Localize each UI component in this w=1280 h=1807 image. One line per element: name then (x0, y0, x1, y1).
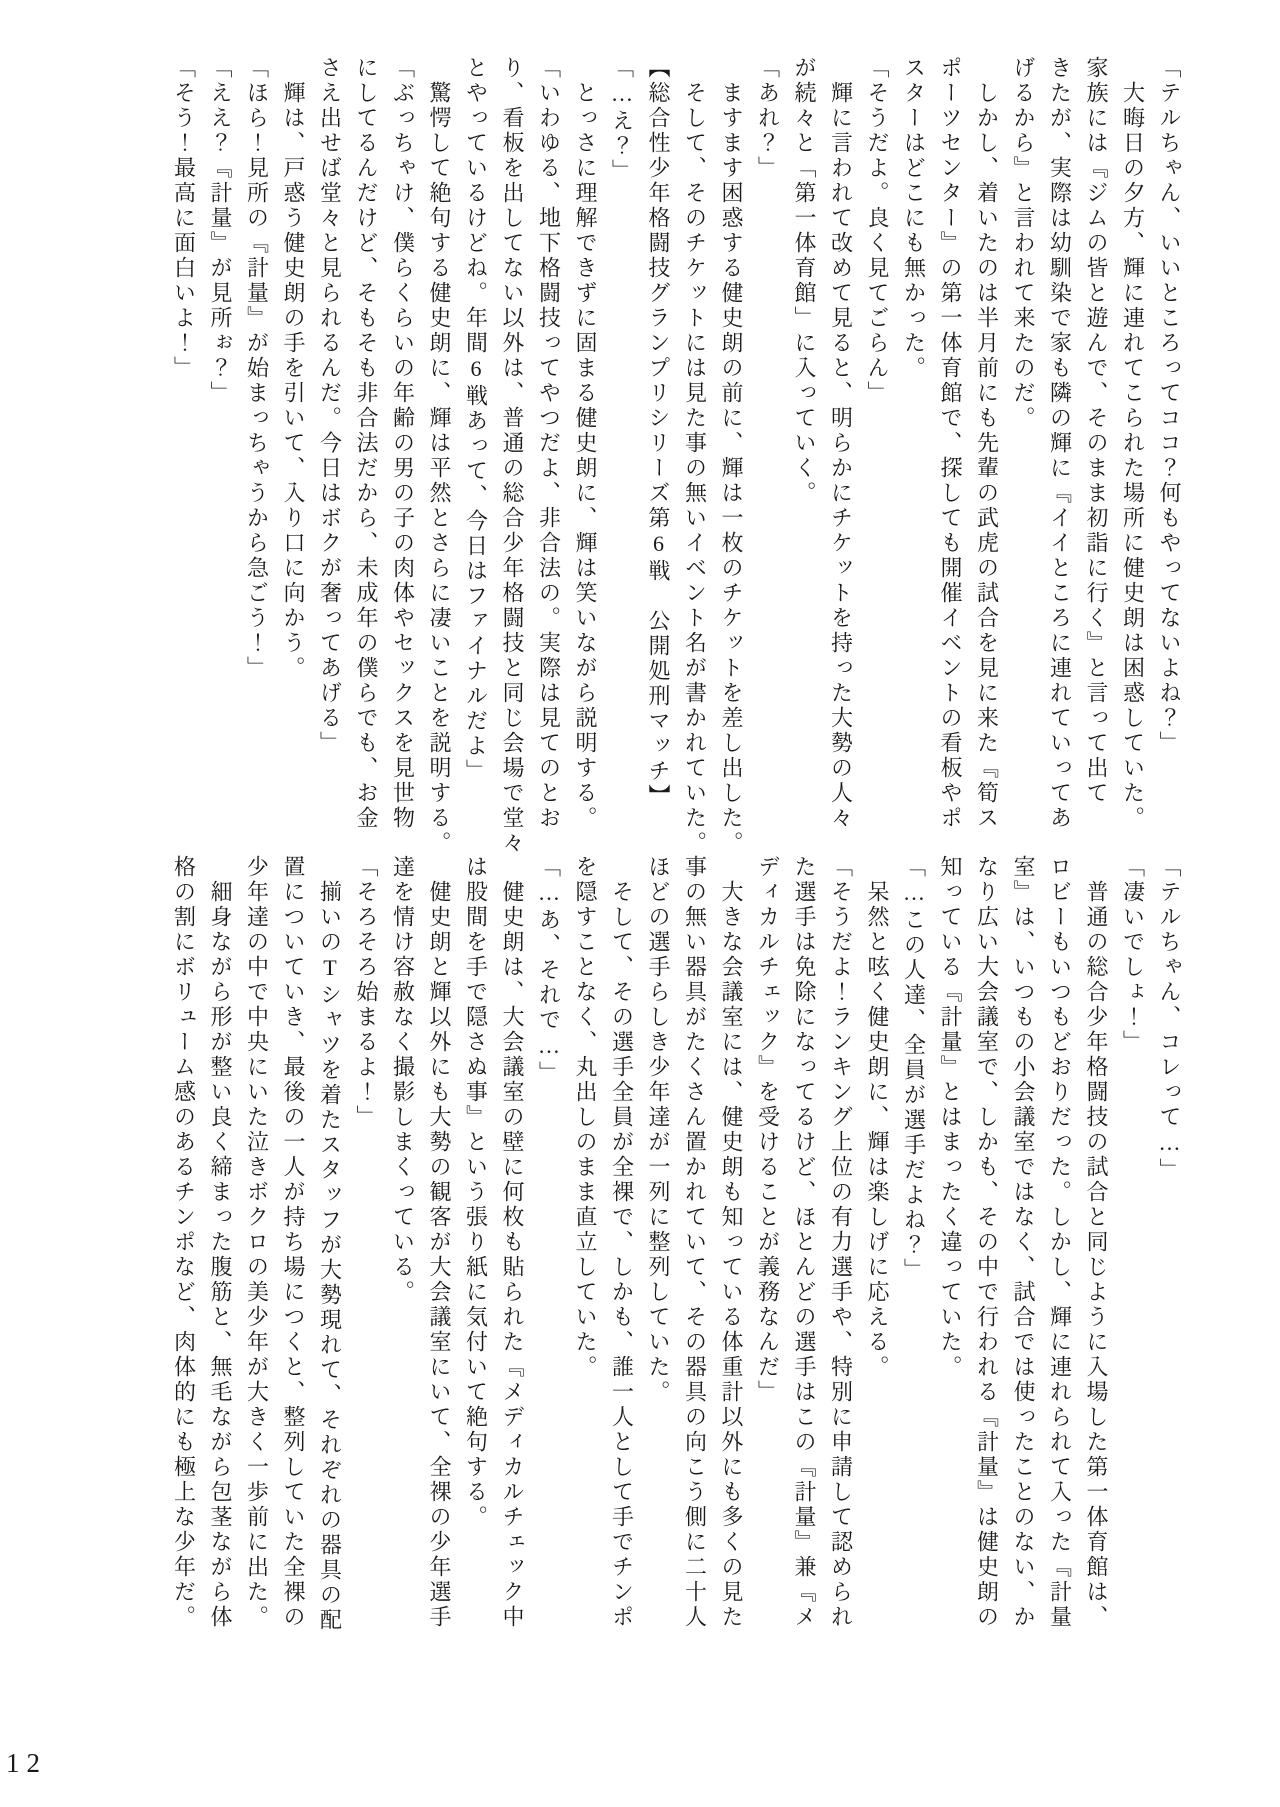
text-column: にしてるんだけど、そもそも非合法だから、未成年の僕らでも、お金 (355, 56, 377, 846)
text-column: が続々と「第一体育館」に入っていく。 (793, 56, 815, 846)
text-column: 格の割にボリューム感のあるチンポなど、肉体的にも極上な少年だ。 (173, 855, 195, 1645)
text-column: 事の無い器具がたくさん置かれていて、その器具の向こう側に二十人 (684, 855, 706, 1645)
text-column: とやっているけどね。年間6戦あって、今日はファイナルだよ」 (465, 56, 487, 846)
text-column: 大晦日の夕方、輝に連れてこられた場所に健史朗は困惑していた。 (1122, 56, 1144, 846)
text-column: 家族には『ジムの皆と遊んで、そのまま初詣に行く』と言って出て (1085, 56, 1107, 846)
text-column: とっさに理解できずに固まる健史朗に、輝は笑いながら説明する。 (574, 56, 596, 846)
text-column: ほどの選手らしき少年達が一列に整列していた。 (647, 855, 669, 1645)
text-column: り、看板を出してない以外は、普通の総合少年格闘技と同じ会場で堂々 (501, 56, 523, 846)
text-column: は股間を手で隠さぬ事』という張り紙に気付いて絶句する。 (465, 855, 487, 1645)
text-column: 呆然と呟く健史朗に、輝は楽しげに応える。 (866, 855, 888, 1645)
text-column: 「そう！最高に面白いよ！」 (173, 56, 195, 846)
text-column: ディカルチェック』を受けることが義務なんだ」 (757, 855, 779, 1645)
text-column: ロビーもいつもどおりだった。しかし、輝に連れられて入った『計量 (1049, 855, 1071, 1645)
text-column: 健史朗は、大会議室の壁に何枚も貼られた『メディカルチェック中 (501, 855, 523, 1645)
text-column: 達を情け容赦なく撮影しまくっている。 (392, 855, 414, 1645)
text-column: そして、そのチケットには見た事の無いイベント名が書かれていた。 (684, 56, 706, 846)
text-column: 「いわゆる、地下格闘技ってやつだよ、非合法の。実際は見てのとお (538, 56, 560, 846)
text-column: ますます困惑する健史朗の前に、輝は一枚のチケットを差し出した。 (720, 56, 742, 846)
text-column: 知っている『計量』とはまったく違っていた。 (939, 855, 961, 1645)
text-block-bottom: 「テルちゃん、コレって…」「凄いでしょ！」 普通の総合少年格闘技の試合と同じよう… (158, 855, 1180, 1645)
text-column: 「ぶっちゃけ、僕らくらいの年齢の男の子の肉体やセックスを見世物 (392, 56, 414, 846)
text-column: きたが、実際は幼馴染で家も隣の輝に『イイところに連れていってあ (1049, 56, 1071, 846)
text-column: 「…この人達、全員が選手だよね？」 (903, 855, 925, 1645)
text-column: しかし、着いたのは半月前にも先輩の武虎の試合を見に来た『筍ス (976, 56, 998, 846)
text-column: 健史朗と輝以外にも大勢の観客が大会議室にいて、全裸の少年選手 (428, 855, 450, 1645)
text-column: 輝に言われて改めて見ると、明らかにチケットを持った大勢の人々 (830, 56, 852, 846)
text-column: 室』は、いつもの小会議室ではなく、試合では使ったことのない、か (1012, 855, 1034, 1645)
text-column: 「そうだよ！ランキング上位の有力選手や、特別に申請して認められ (830, 855, 852, 1645)
text-block-top: 「テルちゃん、いいところってココ？何もやってないよね？」 大晦日の夕方、輝に連れ… (158, 56, 1180, 846)
text-column: 「テルちゃん、コレって…」 (1158, 855, 1180, 1645)
text-column: 少年達の中で中央にいた泣きボクロの美少年が大きく一歩前に出た。 (246, 855, 268, 1645)
text-column: げるから』と言われて来たのだ。 (1012, 56, 1034, 846)
text-column: 【総合性少年格闘技グランプリシリーズ第6戦 公開処刑マッチ】 (647, 56, 669, 846)
text-column: 普通の総合少年格闘技の試合と同じように入場した第一体育館は、 (1085, 855, 1107, 1645)
text-column: 輝は、戸惑う健史朗の手を引いて、入り口に向かう。 (282, 56, 304, 846)
text-column: 細身ながら形が整い良く締まった腹筋と、無毛ながら包茎ながら体 (209, 855, 231, 1645)
text-column: さえ出せば堂々と見られるんだ。今日はボクが奢ってあげる」 (319, 56, 341, 846)
text-column: スターはどこにも無かった。 (903, 56, 925, 846)
text-column: 置についていき、最後の一人が持ち場につくと、整列していた全裸の (282, 855, 304, 1645)
text-column: 「テルちゃん、いいところってココ？何もやってないよね？」 (1158, 56, 1180, 846)
text-column: 「あれ？」 (757, 56, 779, 846)
text-column: なり広い大会議室で、しかも、その中で行われる『計量』は健史朗の (976, 855, 998, 1645)
text-column: ポーツセンター』の第一体育館で、探しても開催イベントの看板やポ (939, 56, 961, 846)
text-column: 「そろそろ始まるよ！」 (355, 855, 377, 1645)
text-column: そして、その選手全員が全裸で、しかも、誰一人として手でチンポ (611, 855, 633, 1645)
text-column: 揃いのTシャツを着たスタッフが大勢現れて、それぞれの器具の配 (319, 855, 341, 1645)
text-column: 「ほら！見所の『計量』が始まっちゃうから急ごう！」 (246, 56, 268, 846)
text-column: を隠すことなく、丸出しのまま直立していた。 (574, 855, 596, 1645)
text-column: 「凄いでしょ！」 (1122, 855, 1144, 1645)
text-column: 「そうだよ。良く見てごらん」 (866, 56, 888, 846)
text-column: た選手は免除になってるけど、ほとんどの選手はこの『計量』兼『メ (793, 855, 815, 1645)
page-number: 12 (6, 1748, 47, 1779)
text-column: 驚愕して絶句する健史朗に、輝は平然とさらに凄いことを説明する。 (428, 56, 450, 846)
text-column: 「ええ？『計量』が見所ぉ？」 (209, 56, 231, 846)
text-column: 大きな会議室には、健史朗も知っている体重計以外にも多くの見た (720, 855, 742, 1645)
text-column: 「…え？」 (611, 56, 633, 846)
text-column: 「…あ、それで…」 (538, 855, 560, 1645)
